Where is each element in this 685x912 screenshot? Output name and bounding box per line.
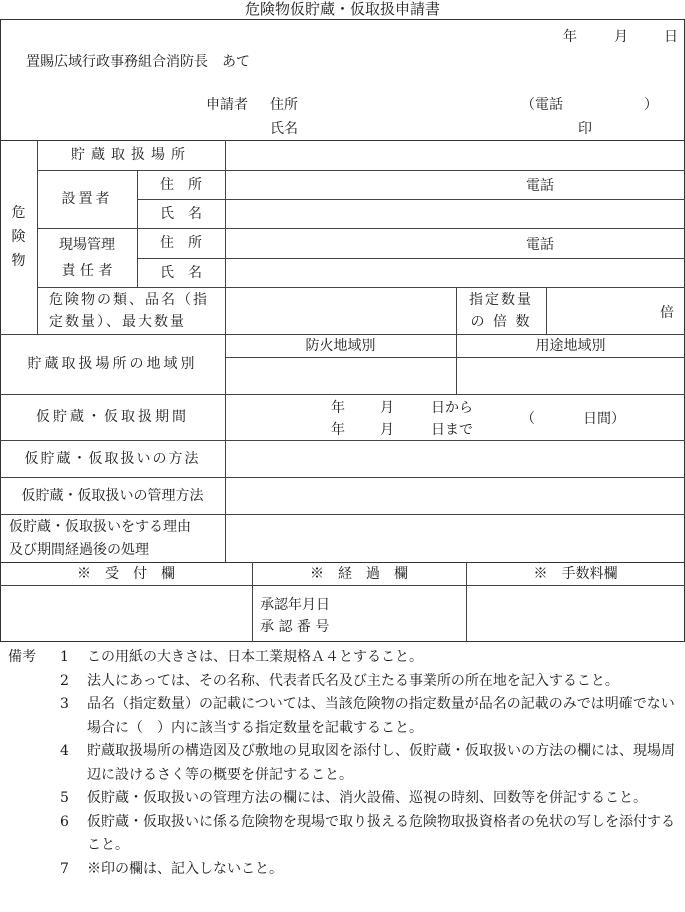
notes-heading: 備考 [8,646,60,670]
note-number: 2 [60,670,87,694]
zoning-label: 貯蔵取扱場所の地域別 [0,334,225,394]
hazmat-class-label: 危険物の類、品名（指 定数量）、最大数量 [37,287,225,334]
addressee: 置賜広域行政事務組合消防長 あて [26,51,250,71]
note-number: 3 [60,693,87,740]
note-item: 2 法人にあっては、その名称、代表者氏名及び主たる事業所の所在地を記入すること。 [8,670,680,694]
note-item: 7 ※印の欄は、記入しないこと。 [8,858,680,882]
applicant-name-label: 氏名 [270,118,298,138]
multiple-unit: 倍 [660,302,674,322]
note-number: 4 [60,740,87,787]
installer-address-field[interactable] [226,171,684,199]
multiple-label: 指定数量 の 倍 数 [456,287,546,334]
site-manager-address-field[interactable] [226,229,684,258]
hazmat-class-line2: 定数量）、最大数量 [49,311,186,333]
note-item: 5 仮貯蔵・仮取扱いの管理方法の欄には、消火設備、巡視の時刻、回数等を併記するこ… [8,787,680,811]
use-zone-label: 用途地域別 [456,334,685,357]
storage-place-label: 貯蔵取扱場所 [37,140,225,170]
note-text: 仮貯蔵・仮取扱いに係る危険物を現場で取り扱える危険物取扱資格者の免状の写しを添付… [87,811,680,858]
site-manager-phone-label: 電話 [526,234,554,254]
note-text: 法人にあっては、その名称、代表者氏名及び主たる事業所の所在地を記入すること。 [87,670,680,694]
applicant-label: 申請者 [206,94,248,114]
note-number: 1 [60,646,87,670]
note-number: 7 [60,858,87,882]
site-manager-address-label: 住 所 [137,228,225,258]
reception-header: ※ 受 付 欄 [0,562,252,585]
reason-line2: 及び期間経過後の処理 [9,539,149,562]
site-manager-name-field[interactable] [226,259,684,287]
hazmat-class-field[interactable] [226,288,456,334]
divider [0,585,685,586]
method-label: 仮貯蔵・仮取扱いの方法 [0,440,225,477]
hazmat-class-line1: 危険物の類、品名（指 [49,289,209,311]
applicant-address-label: 住所 [270,94,298,114]
hazmat-char: 危 [12,201,26,225]
form-title: 危険物仮貯蔵・仮取扱申請書 [0,0,685,18]
note-number: 5 [60,787,87,811]
installer-label: 設置者 [37,170,137,228]
site-manager-label: 現場管理 責 任 者 [37,228,137,287]
management-label: 仮貯蔵・仮取扱いの管理方法 [0,477,225,514]
installer-address-label: 住 所 [137,170,225,199]
note-item: 備考 1 この用紙の大きさは、日本工業規格Ａ４とすること。 [8,646,680,670]
multiple-line1: 指定数量 [469,289,533,311]
installer-phone-label: 電話 [526,175,554,195]
note-text: この用紙の大きさは、日本工業規格Ａ４とすること。 [87,646,680,670]
site-manager-line2: 責 任 者 [62,258,113,284]
note-item: 4 貯蔵取扱場所の構造図及び敷地の見取図を添付し、仮貯蔵・仮取扱いの方法の欄には… [8,740,680,787]
hazmat-char: 物 [12,249,26,273]
seal-mark: 印 [578,118,592,138]
note-item: 3 品名（指定数量）の記載については、当該危険物の指定数量が品名の記載のみでは明… [8,693,680,740]
method-field[interactable] [226,441,684,477]
note-text: 貯蔵取扱場所の構造図及び敷地の見取図を添付し、仮貯蔵・仮取扱いの方法の欄には、現… [87,740,680,787]
note-text: 仮貯蔵・仮取扱いの管理方法の欄には、消火設備、巡視の時刻、回数等を併記すること。 [87,787,680,811]
installer-name-field[interactable] [226,200,684,228]
reason-label: 仮貯蔵・仮取扱いをする理由 及び期間経過後の処理 [0,514,225,563]
note-number: 6 [60,811,87,858]
period-label: 仮貯蔵・仮取扱期間 [0,394,225,440]
applicant-phone-close: ） [644,94,658,114]
date-year-label: 年 [563,26,577,46]
use-zone-field[interactable] [457,358,684,394]
period-field[interactable] [226,395,684,440]
progress-header: ※ 経 過 欄 [252,562,466,585]
hazmat-char: 険 [12,225,26,249]
note-text: 品名（指定数量）の記載については、当該危険物の指定数量が品名の記載のみでは明確で… [87,693,680,740]
approval-number-label: 承 認 番 号 [260,616,329,636]
date-day-label: 日 [664,26,678,46]
note-text: ※印の欄は、記入しないこと。 [87,858,680,882]
note-item: 6 仮貯蔵・仮取扱いに係る危険物を現場で取り扱える危険物取扱資格者の免状の写しを… [8,811,680,858]
management-field[interactable] [226,478,684,514]
reason-line1: 仮貯蔵・仮取扱いをする理由 [9,516,191,539]
multiple-line2: の 倍 数 [471,311,532,333]
storage-place-field[interactable] [226,141,684,170]
reason-field[interactable] [226,515,684,563]
date-month-label: 月 [614,26,628,46]
installer-name-label: 氏 名 [137,199,225,228]
fee-header: ※ 手数料欄 [466,562,685,585]
site-manager-line1: 現場管理 [59,232,115,258]
fire-zone-field[interactable] [226,358,456,394]
fire-zone-label: 防火地域別 [225,334,456,357]
hazmat-section-label: 危 険 物 [0,140,37,334]
site-manager-name-label: 氏 名 [137,258,225,287]
notes-section: 備考 1 この用紙の大きさは、日本工業規格Ａ４とすること。 2 法人にあっては、… [8,646,680,881]
approval-date-label: 承認年月日 [260,594,330,614]
applicant-phone-open: （電話 [521,94,563,114]
